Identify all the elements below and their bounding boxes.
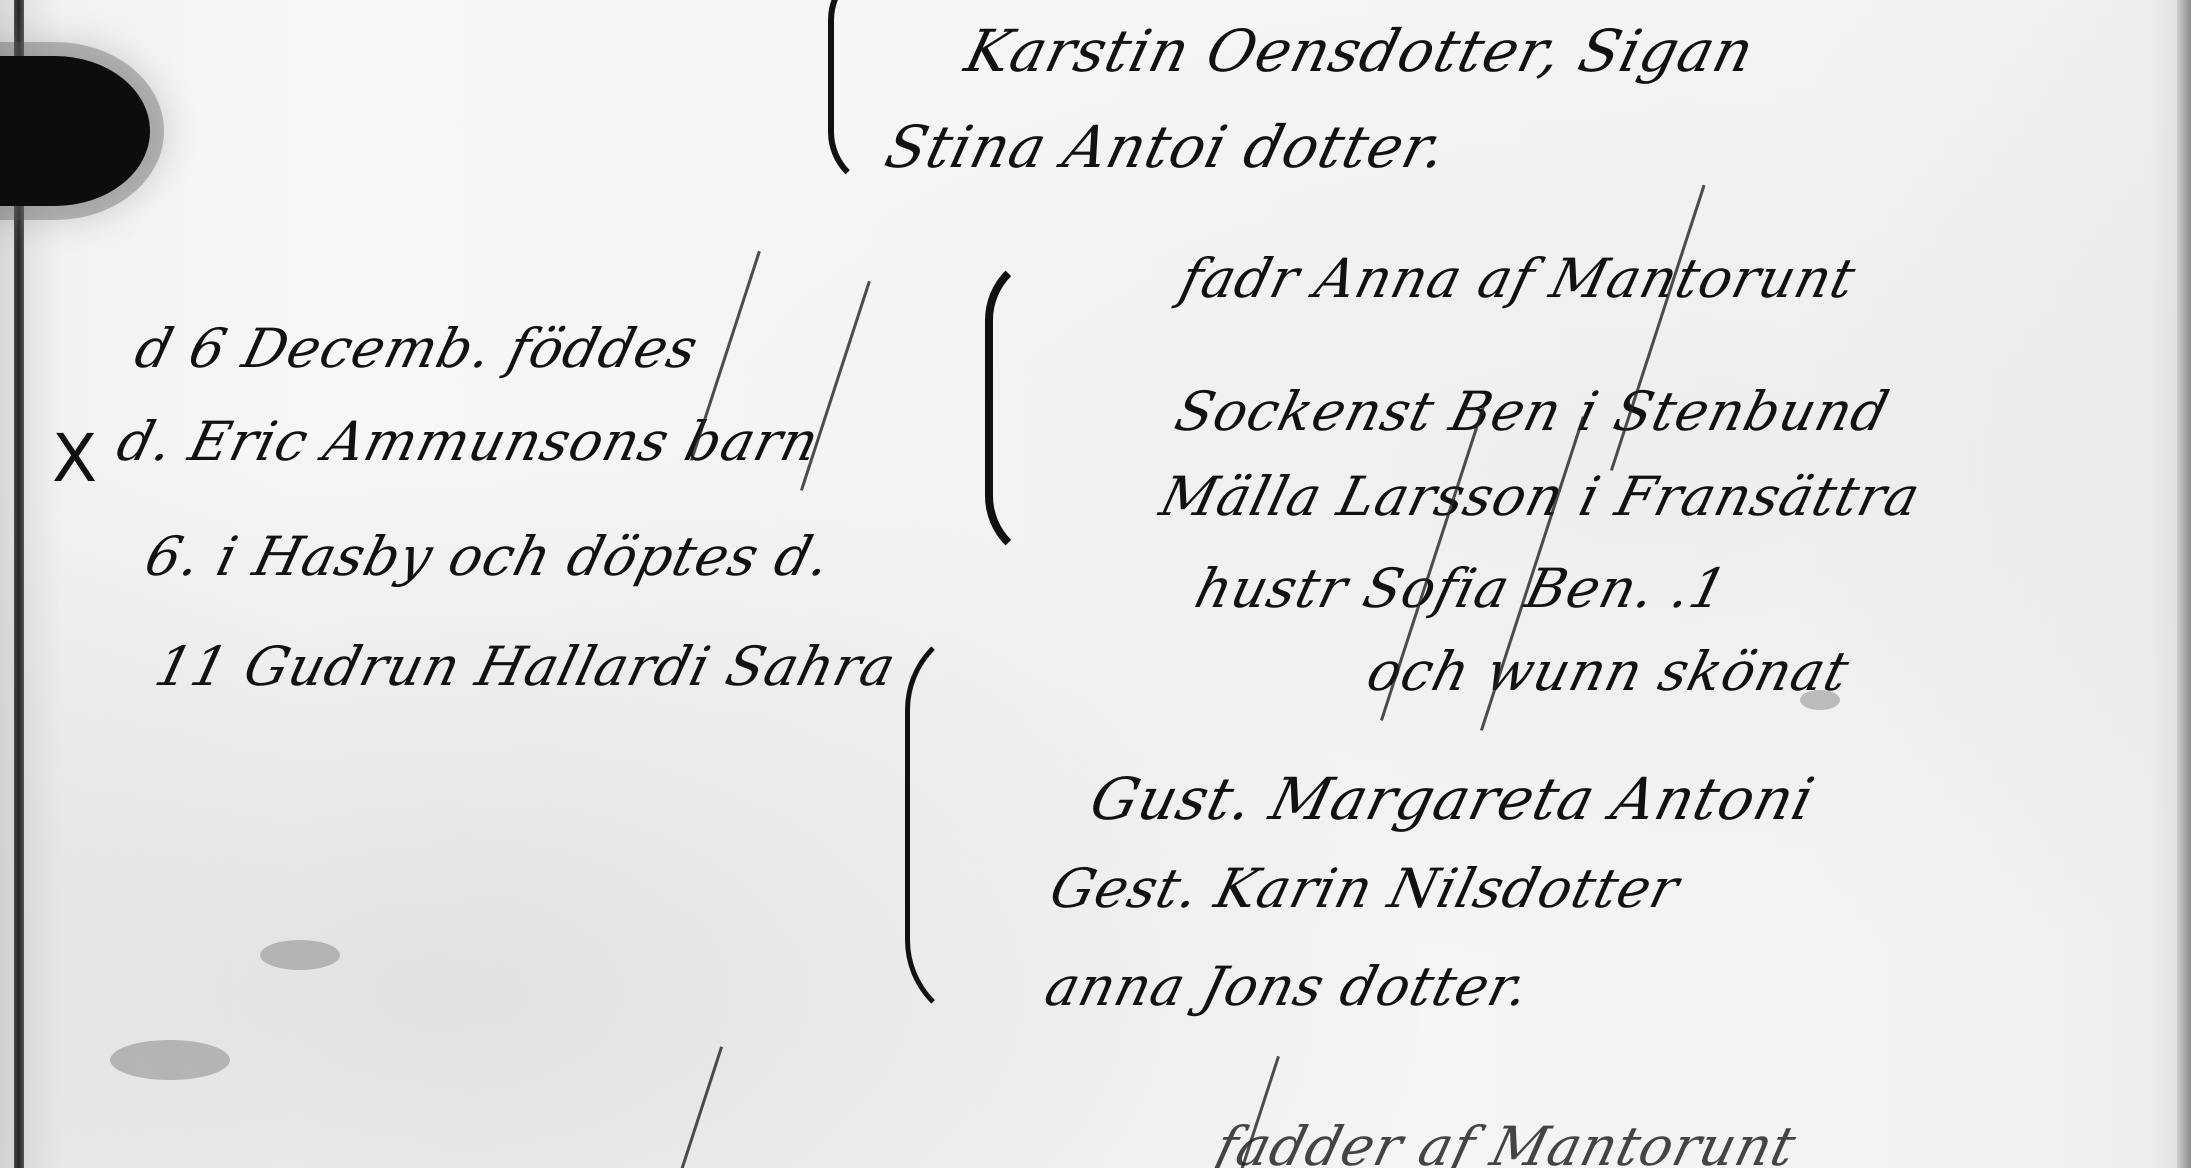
paper-stain bbox=[260, 940, 340, 970]
left-entry-line-1: d 6 Decemb. föddes bbox=[130, 322, 704, 376]
sponsors-line-7: Gest. Karin Nilsdotter bbox=[1045, 862, 1685, 916]
sponsors-line-6: Gust. Margareta Antoni bbox=[1085, 770, 1820, 828]
left-entry-line-3: 6. i Hasby och döptes d. bbox=[140, 530, 836, 584]
left-entry-line-4: 11 Gudrun Hallardi Sahra bbox=[150, 640, 901, 694]
thumb-shadow bbox=[0, 56, 150, 206]
sponsors-line-2: Sockenst Ben i Stenbund bbox=[1170, 385, 1894, 439]
sponsors-line-1: fadr Anna af Mantorunt bbox=[1175, 252, 1861, 306]
ink-stroke bbox=[800, 281, 871, 491]
sponsors-line-5: och wunn skönat bbox=[1362, 645, 1855, 699]
paper-stain bbox=[110, 1040, 230, 1080]
curly-bracket-sponsors bbox=[985, 250, 1063, 566]
sponsors-line-4: hustr Sofia Ben. .1 bbox=[1190, 562, 1733, 616]
left-entry-line-2: d. Eric Ammunsons barn bbox=[112, 415, 824, 469]
margin-cross-mark: X bbox=[52, 420, 97, 497]
top-entry-line-2: Stina Antoi dotter. bbox=[880, 118, 1453, 176]
top-entry-line-1: Karstin Oensdotter, Sigan bbox=[960, 22, 1760, 80]
sponsors-line-3: Mälla Larsson i Fransättra bbox=[1155, 470, 1926, 524]
document-page: Karstin Oensdotter, Sigan Stina Antoi do… bbox=[0, 0, 2191, 1168]
sponsors-line-8: anna Jons dotter. bbox=[1040, 960, 1535, 1014]
bottom-partial-line: fadder af Mantorunt bbox=[1210, 1120, 1802, 1168]
page-right-edge bbox=[2177, 0, 2191, 1168]
curly-bracket-sponsors-lower bbox=[905, 620, 1000, 1030]
ink-stroke bbox=[680, 1046, 723, 1168]
